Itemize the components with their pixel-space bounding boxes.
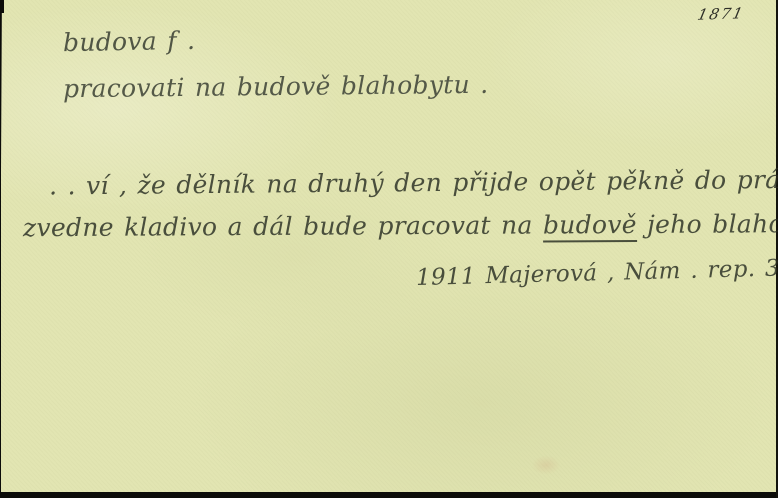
citation-line: 1911 Majerová , Nám . rep. 309, 11 . — [416, 253, 778, 291]
page-number: 1871 — [696, 4, 746, 24]
quote-line-2-prefix: zvedne kladivo a dál bude pracovat na — [23, 210, 543, 242]
quote-line-2-suffix: jeho blahobytu . — [637, 209, 778, 239]
quote-line-1: . . ví , že dělník na druhý den přijde o… — [49, 165, 778, 201]
scanned-card-image: 1871 budova f . pracovati na budově blah… — [0, 0, 778, 498]
quote-line-2: zvedne kladivo a dál bude pracovat na bu… — [23, 209, 778, 242]
headword-line: budova f . — [63, 26, 196, 57]
archive-card-paper: 1871 budova f . pracovati na budově blah… — [1, 0, 776, 492]
scan-edge-left — [0, 0, 2, 170]
usage-line: pracovati na budově blahobytu . — [63, 70, 489, 103]
scan-corner-mark — [0, 0, 4, 13]
underlined-headword: budově — [543, 210, 637, 242]
